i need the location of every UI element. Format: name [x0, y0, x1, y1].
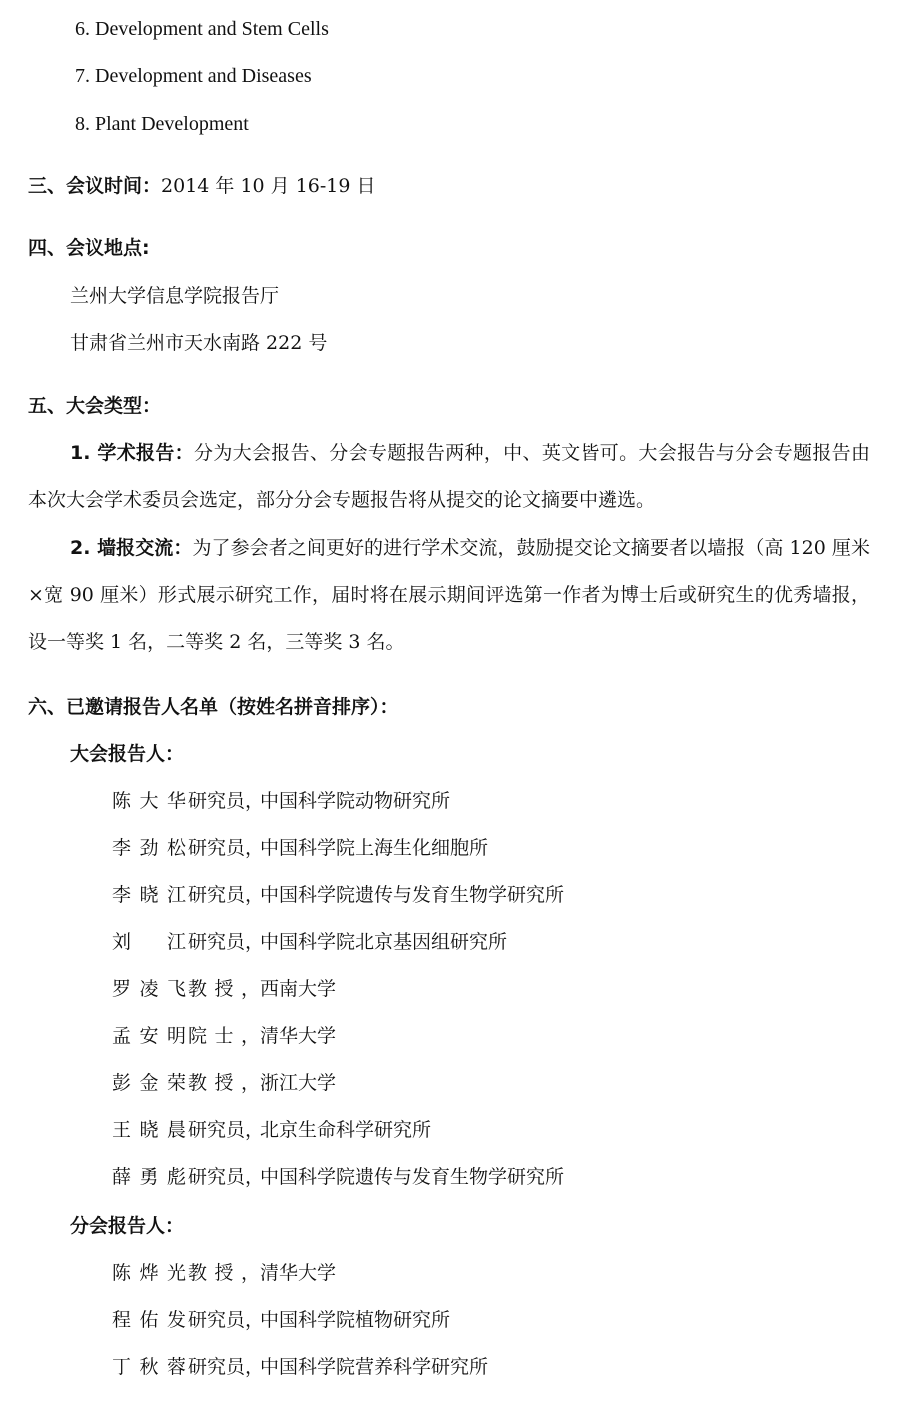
speaker-affiliation: 中国科学院动物研究所 — [260, 790, 450, 812]
speaker-row: 李晓江研究员，中国科学院遗传与发育生物学研究所 — [112, 883, 564, 907]
speaker-name: 彭金荣 — [112, 1071, 186, 1095]
section-heading: 六、已邀请报告人名单（按姓名拼音排序）： — [28, 695, 399, 719]
speaker-title: 研究员， — [188, 883, 260, 907]
section-heading: 三、会议时间： — [28, 175, 161, 197]
speaker-row: 彭金荣教授，浙江大学 — [112, 1071, 336, 1095]
speaker-affiliation: 浙江大学 — [260, 1072, 336, 1094]
item-label: 1. 学术报告： — [70, 442, 194, 464]
speaker-name: 孟安明 — [112, 1024, 186, 1048]
item-label: 2. 墙报交流： — [70, 537, 192, 559]
speaker-affiliation: 中国科学院遗传与发育生物学研究所 — [260, 1166, 564, 1188]
venue-name: 兰州大学信息学院报告厅 — [70, 284, 279, 308]
speaker-affiliation: 中国科学院营养科学研究所 — [260, 1356, 488, 1378]
speaker-row: 刘江研究员，中国科学院北京基因组研究所 — [112, 930, 507, 954]
section-heading: 四、会议地点: — [28, 236, 150, 260]
speaker-name: 陈大华 — [112, 789, 186, 813]
speaker-title: 院士， — [188, 1024, 260, 1048]
speaker-affiliation: 中国科学院植物研究所 — [260, 1309, 450, 1331]
speaker-affiliation: 中国科学院遗传与发育生物学研究所 — [260, 884, 564, 906]
speaker-name: 丁秋蓉 — [112, 1355, 186, 1379]
speaker-affiliation: 清华大学 — [260, 1262, 336, 1284]
topic-item: 8. Plant Development — [75, 112, 249, 136]
speaker-row: 李劲松研究员，中国科学院上海生化细胞所 — [112, 836, 488, 860]
speaker-name: 王晓晨 — [112, 1118, 186, 1142]
speaker-title: 研究员， — [188, 789, 260, 813]
section-meeting-time: 三、会议时间：2014 年 10 月 16-19 日 — [28, 174, 376, 198]
speaker-title: 研究员， — [188, 1355, 260, 1379]
conference-type-item: 1. 学术报告：分为大会报告、分会专题报告两种，中、英文皆可。大会报告与分会专题… — [28, 430, 870, 524]
speaker-title: 研究员， — [188, 836, 260, 860]
topic-item: 6. Development and Stem Cells — [75, 17, 329, 41]
speaker-title: 教授， — [188, 977, 260, 1001]
speaker-affiliation: 中国科学院上海生化细胞所 — [260, 837, 488, 859]
speaker-name: 薛勇彪 — [112, 1165, 186, 1189]
subsection-heading: 分会报告人： — [70, 1214, 184, 1238]
speaker-title: 教授， — [188, 1261, 260, 1285]
speaker-title: 教授， — [188, 1071, 260, 1095]
speaker-name: 陈烨光 — [112, 1261, 186, 1285]
speaker-title: 研究员， — [188, 930, 260, 954]
speaker-row: 陈大华研究员，中国科学院动物研究所 — [112, 789, 450, 813]
speaker-title: 研究员， — [188, 1308, 260, 1332]
speaker-title: 研究员， — [188, 1165, 260, 1189]
section-heading: 五、大会类型： — [28, 394, 161, 418]
speaker-row: 丁秋蓉研究员，中国科学院营养科学研究所 — [112, 1355, 488, 1379]
speaker-name: 李劲松 — [112, 836, 186, 860]
speaker-row: 陈烨光教授，清华大学 — [112, 1261, 336, 1285]
speaker-row: 孟安明院士，清华大学 — [112, 1024, 336, 1048]
speaker-affiliation: 西南大学 — [260, 978, 336, 1000]
speaker-name: 刘江 — [112, 930, 186, 954]
speaker-name: 罗凌飞 — [112, 977, 186, 1001]
subsection-heading: 大会报告人： — [70, 742, 184, 766]
speaker-affiliation: 中国科学院北京基因组研究所 — [260, 931, 507, 953]
speaker-row: 罗凌飞教授，西南大学 — [112, 977, 336, 1001]
speaker-affiliation: 北京生命科学研究所 — [260, 1119, 431, 1141]
speaker-name: 李晓江 — [112, 883, 186, 907]
speaker-title: 研究员， — [188, 1118, 260, 1142]
speaker-row: 薛勇彪研究员，中国科学院遗传与发育生物学研究所 — [112, 1165, 564, 1189]
conference-type-item: 2. 墙报交流：为了参会者之间更好的进行学术交流，鼓励提交论文摘要者以墙报（高 … — [28, 525, 870, 666]
speaker-affiliation: 清华大学 — [260, 1025, 336, 1047]
meeting-date: 2014 年 10 月 16-19 日 — [161, 175, 376, 197]
venue-address: 甘肃省兰州市天水南路 222 号 — [70, 331, 327, 355]
speaker-name: 程佑发 — [112, 1308, 186, 1332]
speaker-row: 程佑发研究员，中国科学院植物研究所 — [112, 1308, 450, 1332]
speaker-row: 王晓晨研究员，北京生命科学研究所 — [112, 1118, 431, 1142]
topic-item: 7. Development and Diseases — [75, 64, 312, 88]
